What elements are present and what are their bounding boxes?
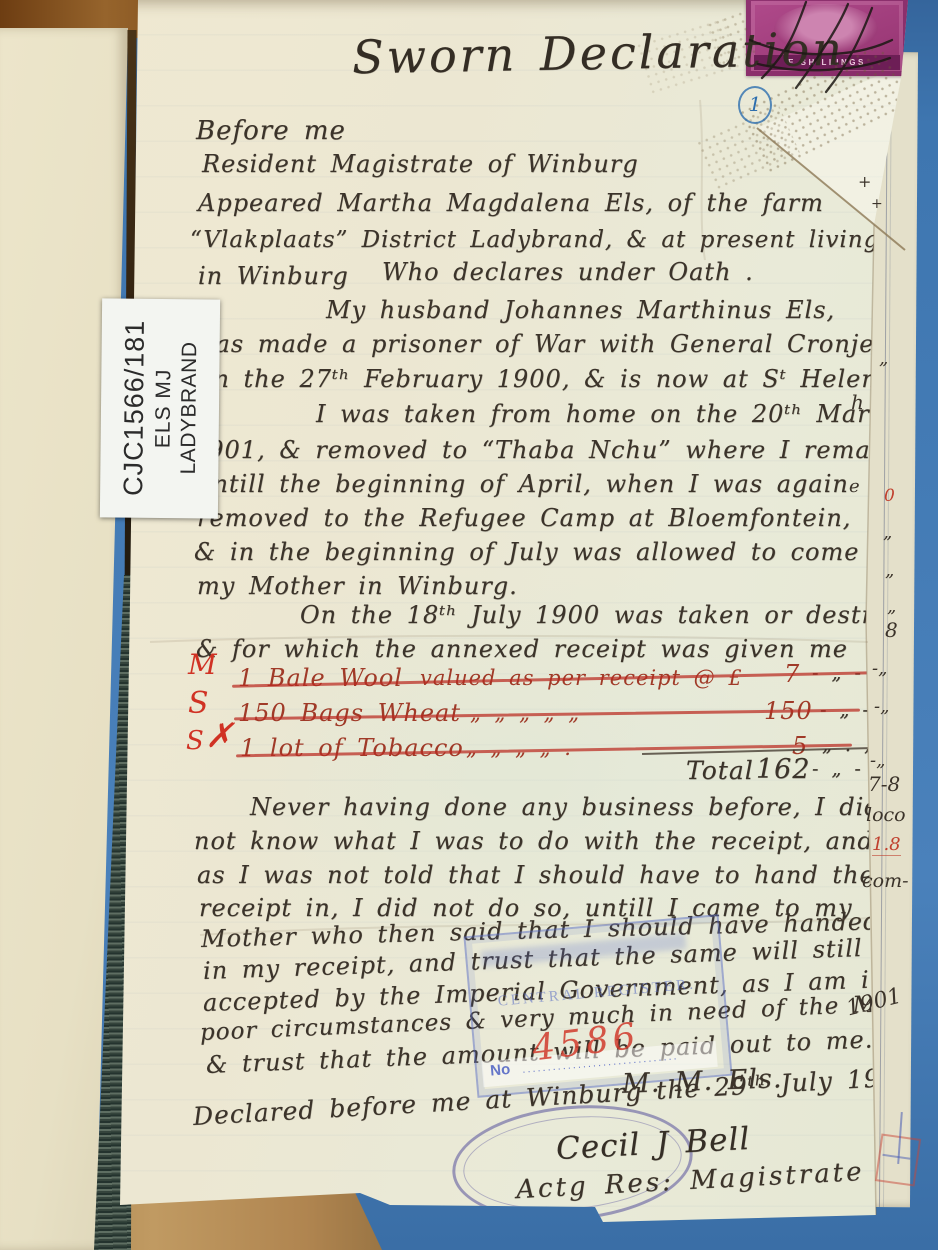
catalog-district: LADYBRAND bbox=[176, 321, 203, 497]
edge-fragment: „ bbox=[885, 560, 894, 581]
doc-line: Never having done any business before, I… bbox=[250, 793, 881, 821]
edge-fragment: loco bbox=[866, 804, 906, 826]
doc-line: “Vlakplaats” District Ladybrand, & at pr… bbox=[190, 227, 879, 253]
doc-line: I was taken from home on the 20ᵗʰ March bbox=[316, 400, 901, 428]
catalog-reference: CJC1566/181 bbox=[117, 320, 152, 496]
doc-line: Resident Magistrate of Winburg bbox=[202, 150, 639, 178]
claim-desc: 1 Bale Wool bbox=[238, 664, 403, 692]
margin-letter: S bbox=[186, 726, 205, 756]
document-title: Sworn Declaration bbox=[352, 22, 846, 85]
doc-line: Before me bbox=[196, 116, 346, 146]
doc-line: Who declares under Oath . bbox=[382, 258, 754, 286]
edge-fragment: + bbox=[871, 196, 883, 212]
total-value: 162 bbox=[756, 754, 811, 785]
edge-fragment: e bbox=[849, 476, 860, 497]
catalog-label-text: CJC1566/181 ELS MJ LADYBRAND bbox=[117, 320, 203, 497]
doc-line: as I was not told that I should have to … bbox=[197, 861, 875, 889]
edge-fragment: „ bbox=[879, 348, 888, 369]
edge-fragment: -„ bbox=[870, 750, 885, 771]
page-number-circle: 1 bbox=[738, 86, 772, 124]
catalog-name: ELS MJ bbox=[150, 320, 177, 496]
edge-fragment: „ bbox=[883, 522, 892, 543]
edge-fragment: 7-8 bbox=[868, 772, 900, 796]
catalog-label: CJC1566/181 ELS MJ LADYBRAND bbox=[100, 298, 220, 518]
doc-line: My husband Johannes Marthinus Els, bbox=[326, 296, 835, 324]
edge-fragment: 8 bbox=[885, 618, 898, 642]
edge-fragment: h bbox=[851, 390, 864, 414]
doc-line: my Mother in Winburg. bbox=[197, 572, 518, 600]
stamp-central-register-text: CENTRAL REGISTER. bbox=[471, 974, 724, 1013]
stamp-faded-top-line bbox=[481, 933, 687, 967]
doc-line: removed to the Refugee Camp at Bloemfont… bbox=[197, 504, 851, 532]
stamp-no-label: No bbox=[490, 1061, 511, 1080]
edge-fragment: -„ bbox=[874, 696, 889, 717]
edge-fragment-red: 1.8 bbox=[872, 834, 901, 856]
edge-fragment: + bbox=[858, 172, 871, 191]
total-label: Total bbox=[686, 756, 754, 785]
doc-line: untill the beginning of April, when I wa… bbox=[196, 470, 849, 498]
margin-letter: M bbox=[188, 648, 218, 681]
doc-line: was made a prisoner of War with General … bbox=[194, 330, 883, 358]
edge-fragment: „ bbox=[887, 596, 896, 617]
doc-line: Appeared Martha Magdalena Els, of the fa… bbox=[198, 189, 824, 217]
photographed-document-scene: E SHILLINGS Sworn Declaration 1 Before m… bbox=[0, 0, 938, 1250]
doc-line: On the 18ᵗʰ July 1900 was taken or destr… bbox=[300, 601, 936, 629]
doc-line: & in the beginning of July was allowed t… bbox=[194, 538, 899, 566]
claim-desc: 150 Bags Wheat bbox=[238, 699, 461, 727]
claim-desc: 1 lot of Tobacco bbox=[240, 734, 464, 762]
edge-fragment-red: 0 bbox=[884, 486, 895, 506]
doc-line: not know what I was to do with the recei… bbox=[194, 827, 874, 855]
edge-fragment: com- bbox=[862, 870, 909, 892]
doc-line: 1901, & removed to “Thaba Nchu” where I … bbox=[192, 436, 927, 464]
edge-fragment: -„ bbox=[872, 658, 887, 679]
sworn-declaration-page: E SHILLINGS Sworn Declaration 1 Before m… bbox=[0, 0, 938, 1250]
margin-cross: ✗ bbox=[205, 716, 235, 756]
doc-line: & for which the annexed receipt was give… bbox=[196, 635, 848, 663]
doc-line: in Winburg bbox=[198, 262, 349, 290]
doc-line: on the 27ᵗʰ February 1900, & is now at S… bbox=[198, 365, 902, 393]
